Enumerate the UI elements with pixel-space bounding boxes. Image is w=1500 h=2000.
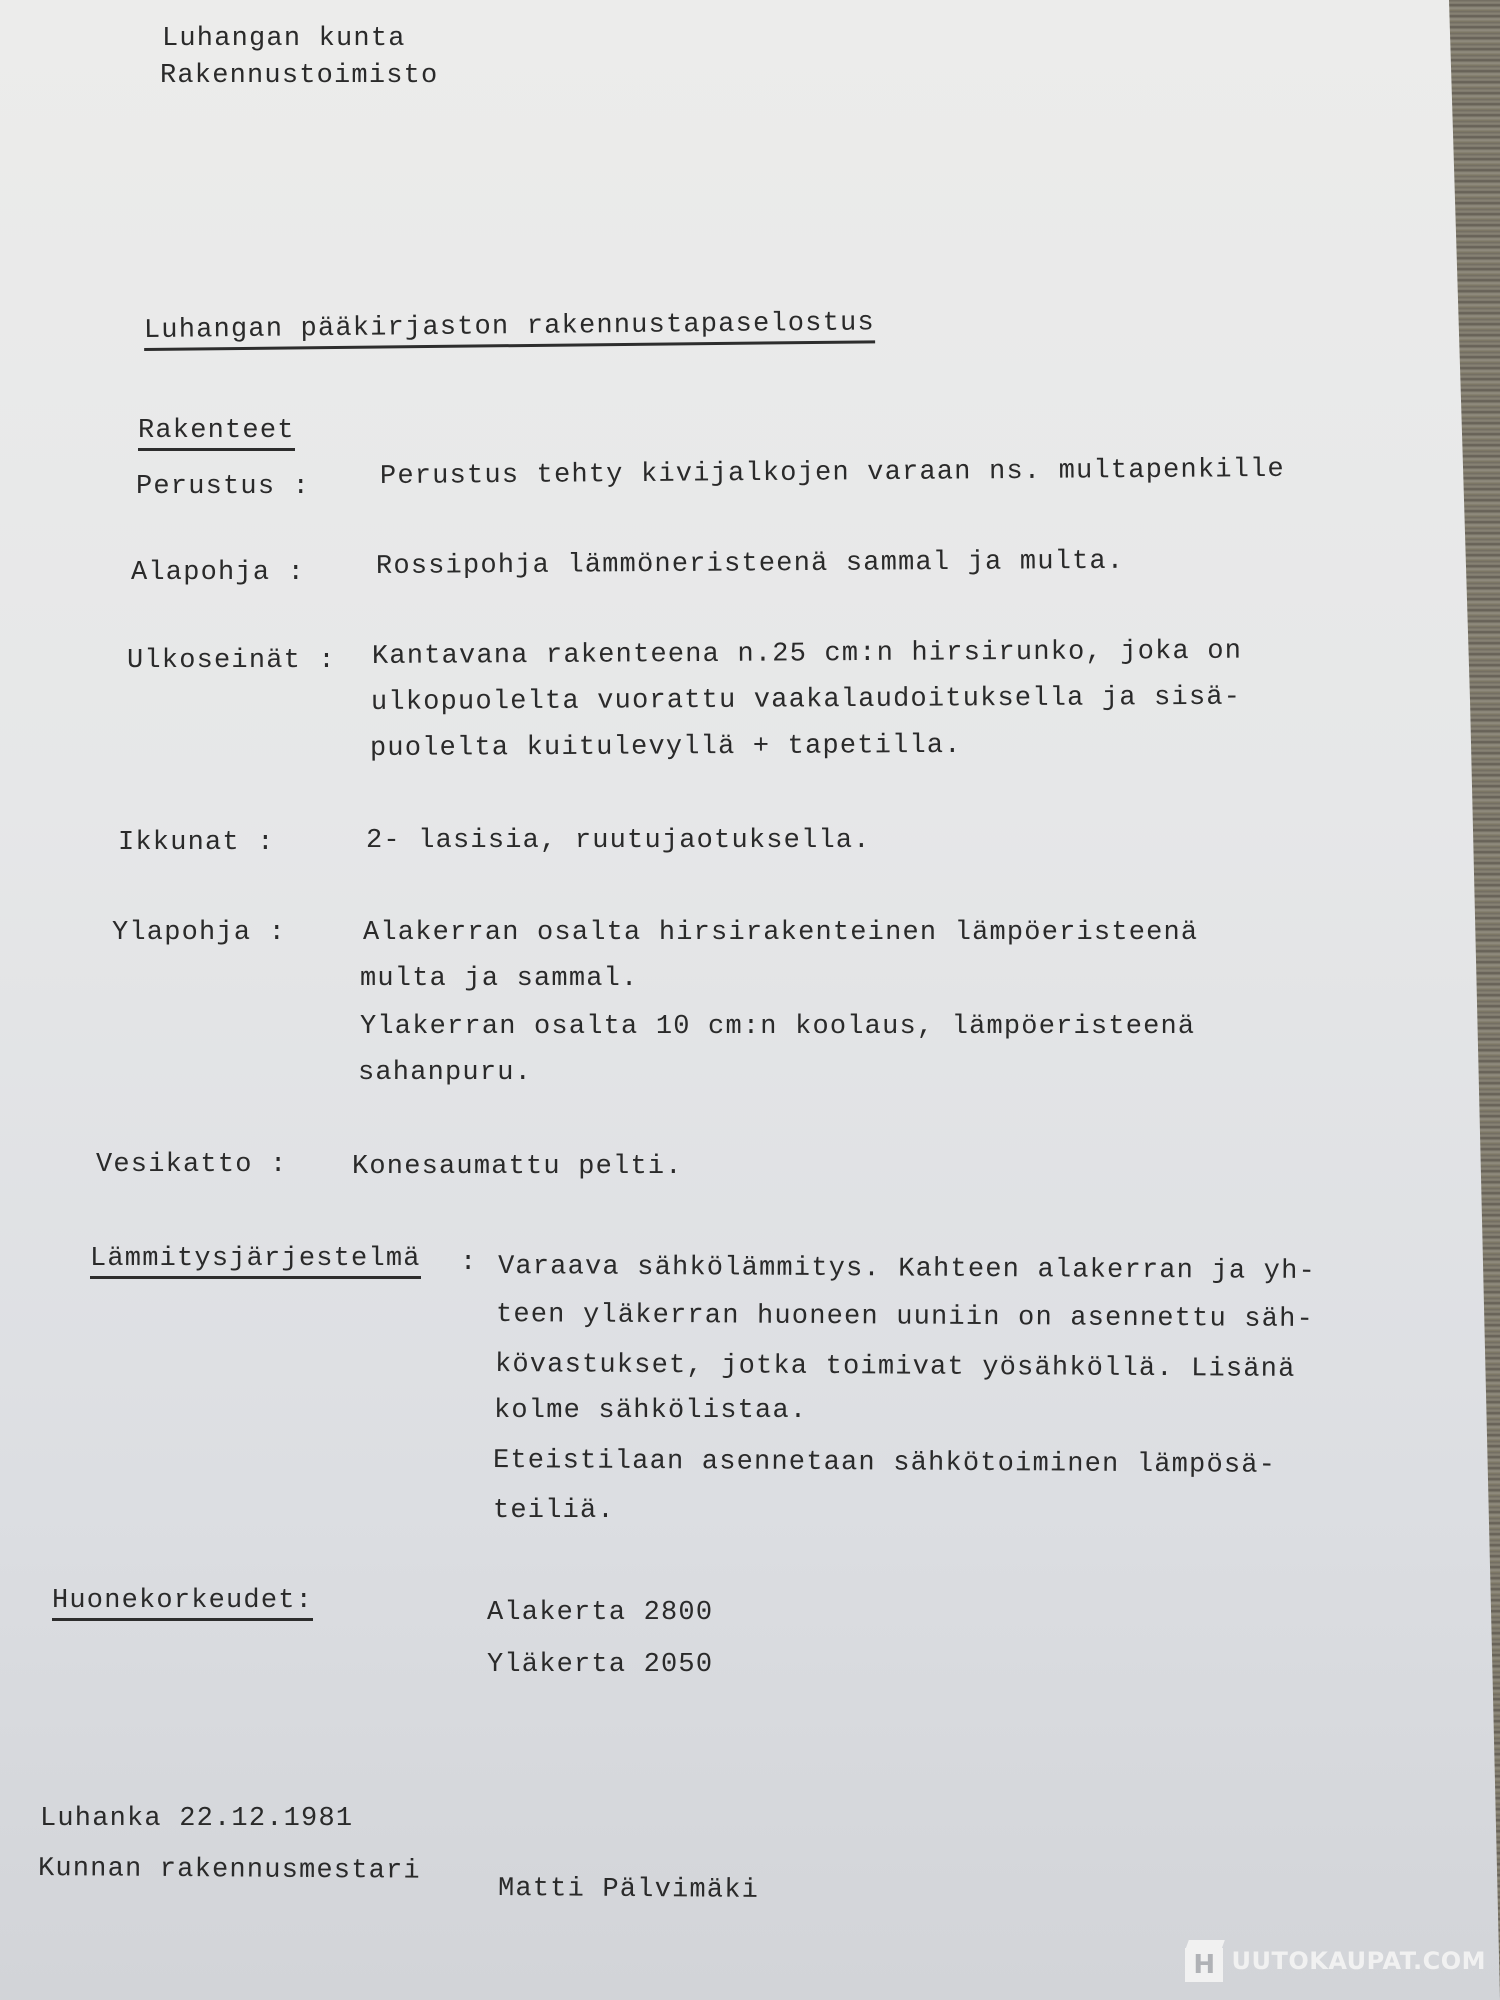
text-perustus: Perustus tehty kivijalkojen varaan ns. m… bbox=[380, 457, 1285, 491]
text-ulkoseinat-line2: ulkopuolelta vuorattu vaakalaudoituksell… bbox=[371, 685, 1241, 717]
label-heating: Lämmitysjärjestelmä bbox=[90, 1246, 421, 1279]
document-title: Luhangan pääkirjaston rakennustapaselost… bbox=[144, 310, 875, 351]
text-heating-line6: teiliä. bbox=[493, 1498, 615, 1525]
text-heating-line2: teen yläkerran huoneen uuniin on asennet… bbox=[496, 1302, 1314, 1334]
text-ulkoseinat-line3: puolelta kuitulevyllä + tapetilla. bbox=[370, 733, 962, 763]
label-ikkunat: Ikkunat : bbox=[118, 830, 275, 857]
heating-separator: : bbox=[460, 1250, 477, 1277]
label-ylapohja: Ylapohja : bbox=[112, 920, 286, 947]
text-alapohja: Rossipohja lämmöneristeenä sammal ja mul… bbox=[376, 549, 1124, 581]
text-ikkunat: 2- lasisia, ruutujaotuksella. bbox=[366, 828, 871, 855]
text-ylapohja-line4: sahanpuru. bbox=[358, 1060, 532, 1087]
signer-title: Kunnan rakennusmestari bbox=[38, 1856, 421, 1886]
text-ylapohja-line1: Alakerran osalta hirsirakenteinen lämpöe… bbox=[363, 920, 1198, 947]
place-date: Luhanka 22.12.1981 bbox=[40, 1806, 353, 1833]
cube-logo-icon: H bbox=[1185, 1940, 1225, 1982]
text-heating-line3: kövastukset, jotka toimivat yösähköllä. … bbox=[495, 1352, 1296, 1384]
room-height-lower: Alakerta 2800 bbox=[487, 1600, 713, 1627]
section-heading-rakenteet: Rakenteet bbox=[138, 418, 295, 451]
text-ylapohja-line2: multa ja sammal. bbox=[360, 966, 638, 993]
signer-name: Matti Pälvimäki bbox=[498, 1876, 759, 1905]
text-heating-line5: Eteistilaan asennetaan sähkötoiminen läm… bbox=[493, 1448, 1276, 1480]
header-office: Rakennustoimisto bbox=[160, 63, 438, 90]
text-heating-line1: Varaava sähkölämmitys. Kahteen alakerran… bbox=[498, 1254, 1316, 1286]
room-height-upper: Yläkerta 2050 bbox=[487, 1652, 713, 1679]
watermark-text: UUTOKAUPAT.COM bbox=[1231, 1947, 1486, 1975]
label-room-heights: Huonekorkeudet: bbox=[52, 1588, 313, 1621]
text-ulkoseinat-line1: Kantavana rakenteena n.25 cm:n hirsirunk… bbox=[372, 639, 1242, 671]
label-perustus: Perustus : bbox=[136, 474, 310, 501]
header-municipality: Luhangan kunta bbox=[162, 26, 406, 53]
label-ulkoseinat: Ulkoseinät : bbox=[127, 648, 336, 675]
label-alapohja: Alapohja : bbox=[131, 560, 305, 587]
text-vesikatto: Konesaumattu pelti. bbox=[352, 1154, 683, 1181]
text-ylapohja-line3: Ylakerran osalta 10 cm:n koolaus, lämpöe… bbox=[360, 1014, 1195, 1041]
label-vesikatto: Vesikatto : bbox=[96, 1152, 287, 1179]
text-heating-line4: kolme sähkölistaa. bbox=[494, 1398, 807, 1425]
document-page: Luhangan kunta Rakennustoimisto Luhangan… bbox=[0, 0, 1500, 2000]
site-watermark: H UUTOKAUPAT.COM bbox=[1185, 1940, 1486, 1982]
